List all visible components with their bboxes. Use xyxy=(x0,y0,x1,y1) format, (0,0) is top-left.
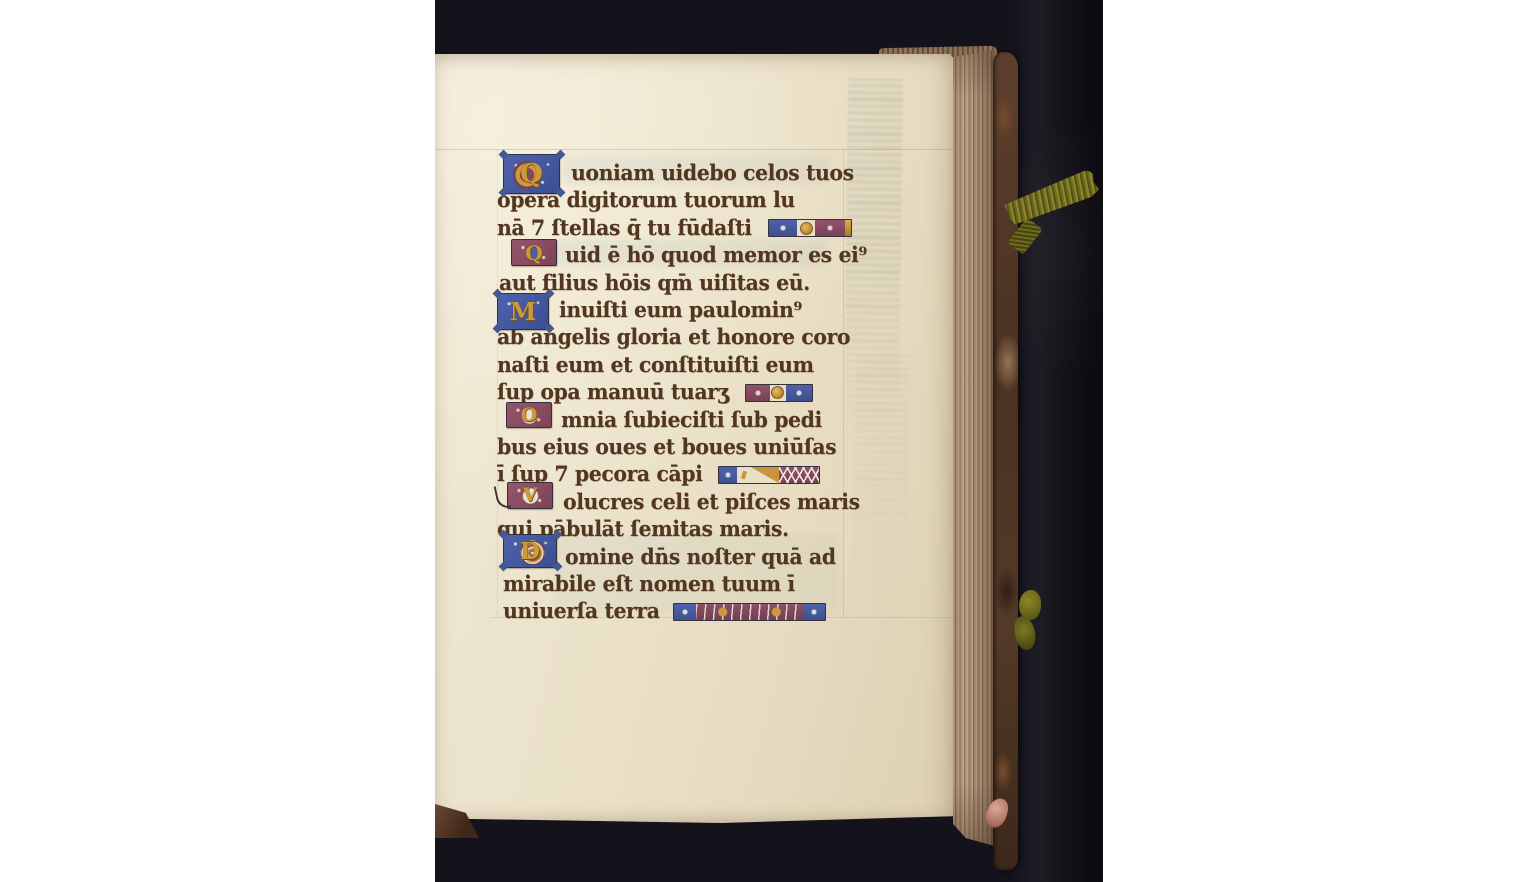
screenshot-canvas: Quoniam uidebo celos tuosopera digitorum… xyxy=(0,0,1536,882)
line-filler xyxy=(673,603,826,621)
line-filler xyxy=(718,466,820,484)
filler-segment xyxy=(737,467,751,483)
manuscript-text-line: bus eius oues et boues uniūſas xyxy=(497,434,847,462)
verse-text: mirabile eſt nomen tuum ī xyxy=(503,571,795,596)
illuminated-initial: Q xyxy=(511,239,557,266)
initial-letter: Q xyxy=(525,243,542,263)
ribbon-end-lower xyxy=(1012,615,1038,652)
initial-cusp xyxy=(556,150,566,160)
initial-letter: M xyxy=(510,300,537,324)
filler-segment xyxy=(845,220,851,236)
bookmark-ribbon xyxy=(1011,180,1103,272)
filler-segment xyxy=(696,604,803,620)
manuscript-page: Quoniam uidebo celos tuosopera digitorum… xyxy=(435,54,956,823)
verse-text: uoniam uidebo celos tuos xyxy=(571,160,854,185)
filler-segment xyxy=(803,604,825,620)
line-filler xyxy=(745,384,813,402)
gold-disc xyxy=(771,386,784,399)
gold-mark xyxy=(741,470,747,479)
initial-letter: Q xyxy=(520,161,543,187)
verse-text: uniuerſa terra xyxy=(503,598,660,623)
filler-segment xyxy=(797,220,815,236)
verse-text: bus eius oues et boues uniūſas xyxy=(497,434,836,459)
book-cover-edge xyxy=(993,52,1018,870)
verse-text: ſup opa manuū tuarʒ xyxy=(497,379,729,404)
verse-text: naſti eum et conſtituiſti eum xyxy=(497,352,814,377)
manuscript-text-line: mirabile eſt nomen tuum ī xyxy=(497,571,804,599)
illuminated-initial: Q xyxy=(503,154,560,194)
filler-segment xyxy=(815,220,845,236)
line-filler xyxy=(768,219,852,237)
text-block: Quoniam uidebo celos tuosopera digitorum… xyxy=(497,152,877,632)
filler-segment xyxy=(719,467,737,483)
background-shadow xyxy=(1033,0,1103,882)
verse-text: olucres celi et piſces maris xyxy=(563,489,860,514)
illuminated-initial: M xyxy=(497,293,549,330)
page-edges xyxy=(953,50,995,846)
verse-text: omine dn̄s noſter quā ad xyxy=(565,544,836,569)
verse-text: nā 7 ſtellas q̄ tu fūdaſti xyxy=(497,215,752,240)
verse-text: mnia ſubieciſti ſub pedi xyxy=(561,407,822,432)
filler-segment xyxy=(779,467,819,483)
filler-segment xyxy=(769,220,797,236)
manuscript-text-line: naſti eum et conſtituiſti eum xyxy=(497,352,823,380)
filler-segment xyxy=(751,467,779,483)
initial-letter: V xyxy=(523,486,538,505)
initial-cusp xyxy=(499,150,509,160)
filler-segment xyxy=(770,385,786,401)
initial-letter: O xyxy=(521,406,538,425)
filler-segment xyxy=(786,385,812,401)
filler-segment xyxy=(674,604,696,620)
initial-letter: D xyxy=(520,540,540,563)
filler-segment xyxy=(746,385,770,401)
manuscript-photo: Quoniam uidebo celos tuosopera digitorum… xyxy=(435,0,1103,882)
gold-disc xyxy=(800,222,813,235)
illuminated-initial: V xyxy=(507,482,553,509)
ribbon-fold xyxy=(1007,217,1042,255)
verse-text: inuiſti eum paulomin⁹ xyxy=(559,297,802,322)
illuminated-initial: O xyxy=(506,402,552,428)
manuscript-text-line: uniuerſa terra xyxy=(497,598,826,626)
bookmark-ribbon-end xyxy=(1015,590,1043,652)
verse-text: uid ē hō quod memor es ei⁹ xyxy=(565,242,867,267)
illuminated-initial: D xyxy=(503,534,557,568)
